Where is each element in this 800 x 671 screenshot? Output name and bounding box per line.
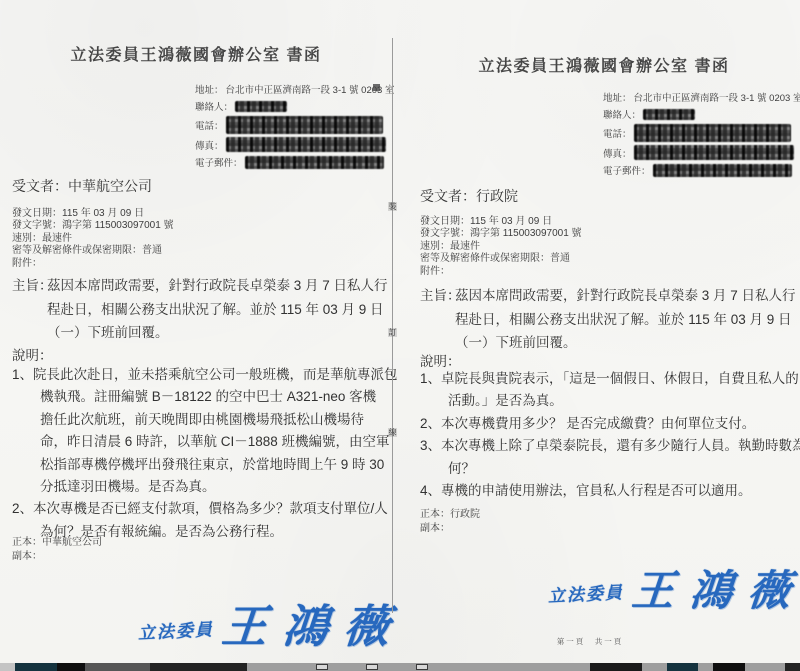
item-line: 分抵達羽田機場。是否為真。 [40,476,390,498]
explanation-items: 1、院長此次赴日，並未搭乘航空公司一般班機，而是華航專派包 機執飛。註冊編號 B… [12,364,390,543]
item-line: 活動。」是否為真。 [448,390,798,412]
address-block: 地址： 台北市中正區濟南路一段 3-1 號 0203 室 聯絡人： 電話： 傳真… [603,90,800,180]
strip-fragment [316,664,328,670]
item-line: 何？ [448,458,798,480]
copy-line: 正本：中華航空公司 [12,536,102,550]
doc-title: 立法委員王鴻薇國會辦公室 書函 [408,53,800,76]
address-row: 地址： 台北市中正區濟南路一段 3-1 號 0203 室 [195,82,394,96]
recipient-value: 中華航空公司 [68,178,152,194]
subject-line: 茲因本席問政需要，針對行政院長卓榮泰 3 月 7 日私人行 [455,284,796,308]
binding-mark: 裝 [388,202,397,211]
document-right: 立法委員王鴻薇國會辦公室 書函 地址： 台北市中正區濟南路一段 3-1 號 02… [408,0,800,663]
copy-line: 正本：行政院 [420,508,480,522]
item-line: 1、卓院長與貴院表示，「這是一個假日、休假日，自費且私人的 [420,368,798,390]
strip-fragment [713,663,745,671]
document-left: 立法委員王鴻薇國會辦公室 書函 地址： 台北市中正區濟南路一段 3-1 號 02… [0,0,392,663]
item-line: 3、本次專機上除了卓榮泰院長，還有多少隨行人員。執勤時數為 [420,435,798,457]
strip-fragment [416,664,428,670]
strip-fragment [785,663,800,671]
subject-label: 主旨： [12,274,53,298]
signature-name: 王鴻薇 [220,604,407,649]
recipient-label: 受文者： [420,188,476,204]
subject-line: 程赴日，相關公務支出狀況了解。並於 115 年 03 月 9 日 [47,298,388,322]
meta-line: 發文日期：115 年 03 月 09 日 [12,208,174,220]
meta-line: 密等及解密條件或保密期限：普通 [12,245,174,257]
signature-name: 王鴻薇 [630,570,800,612]
signature-title: 立法委員 [137,615,215,651]
item-line: 松指部專機停機坪出發飛往東京，於當地時間上午 9 時 30 [40,454,390,476]
email-label: 電子郵件： [195,155,243,169]
signature-title: 立法委員 [547,578,625,614]
redacted-value-mosaic [634,124,791,142]
strip-fragment [150,663,247,671]
fax-label: 傳真： [603,146,632,160]
item-line: 命，昨日清晨 6 時許，以華航 CI－1888 班機編號，由空軍 [40,431,390,453]
address-row: 地址： 台北市中正區濟南路一段 3-1 號 0203 室 [603,90,800,104]
binding-mark: 訂 [388,328,397,337]
page-number-footer: 第一頁 共一頁 [510,636,670,647]
phone-row: 電話： [195,116,394,134]
signature-stamp: 立法委員 王鴻薇 [548,570,800,612]
copies-block: 正本：中華航空公司 副本： [12,536,102,563]
email-label: 電子郵件： [603,163,651,177]
meta-line: 發文字號：鴻字第 115003097001 號 [12,220,174,232]
meta-line: 發文日期：115 年 03 月 09 日 [420,216,582,228]
subject-label: 主旨： [420,284,461,308]
redacted-value-mosaic [226,137,386,152]
phone-label: 電話： [195,118,224,132]
copies-block: 正本：行政院 副本： [420,508,480,535]
meta-line: 速別：最速件 [12,233,174,245]
signature-stamp: 立法委員 王鴻薇 [138,604,405,649]
subject-line: （一）下班前回覆。 [455,331,796,355]
copy-line: 副本： [420,522,480,536]
explanation-label: 說明： [420,350,461,370]
explanation-items: 1、卓院長與貴院表示，「這是一個假日、休假日，自費且私人的 活動。」是否為真。 … [420,368,798,502]
recipient-label: 受文者： [12,178,68,194]
address-label: 地址： [195,82,224,96]
meta-line: 附件： [420,266,582,278]
redacted-value-mosaic [235,101,287,112]
subject-block: 主旨： 茲因本席問政需要，針對行政院長卓榮泰 3 月 7 日私人行 程赴日，相關… [420,284,796,355]
strip-fragment [57,663,85,671]
address-block: 地址： 台北市中正區濟南路一段 3-1 號 0203 室 聯絡人： 電話： 傳真… [195,82,394,172]
meta-line: 速別：最速件 [420,241,582,253]
strip-fragment [85,663,150,671]
item-line: 2、本次專機是否已經支付款項，價格為多少？款項支付單位/人 [12,498,390,520]
phone-row: 電話： [603,124,800,142]
redacted-value-mosaic [653,164,792,177]
meta-line: 密等及解密條件或保密期限：普通 [420,253,582,265]
strip-fragment [0,663,15,671]
recipient-line: 受文者：中華航空公司 [12,176,152,196]
subject-lines: 茲因本席問政需要，針對行政院長卓榮泰 3 月 7 日私人行 程赴日，相關公務支出… [455,284,796,355]
meta-block: 發文日期：115 年 03 月 09 日 發文字號：鴻字第 1150030970… [420,216,582,278]
scan-artifact [373,84,380,91]
explanation-label: 說明： [12,344,53,364]
contact-row: 聯絡人： [195,99,394,113]
subject-lines: 茲因本席問政需要，針對行政院長卓榮泰 3 月 7 日私人行 程赴日，相關公務支出… [47,274,388,345]
redacted-value-mosaic [245,156,384,169]
item-line: 機執飛。註冊編號 B－18122 的空中巴士 A321-neo 客機 [40,386,390,408]
strip-fragment [15,663,57,671]
item-line: 1、院長此次赴日，並未搭乘航空公司一般班機，而是華航專派包 [12,364,390,386]
page-divider: 裝 訂 線 [392,38,393,613]
redacted-value-mosaic [226,116,383,134]
address-label: 地址： [603,90,632,104]
binding-mark: 線 [388,428,397,437]
redacted-value-mosaic [634,145,794,160]
doc-title: 立法委員王鴻薇國會辦公室 書函 [0,42,392,65]
fax-row: 傳真： [603,145,800,160]
meta-line: 發文字號：鴻字第 115003097001 號 [420,228,582,240]
item-line: 2、本次專機費用多少？ 是否完成繳費？由何單位支付。 [420,413,798,435]
subject-line: 茲因本席問政需要，針對行政院長卓榮泰 3 月 7 日私人行 [47,274,388,298]
item-line: 4、專機的申請使用辦法，官員私人行程是否可以適用。 [420,480,798,502]
bottom-strip [0,663,800,671]
email-row: 電子郵件： [603,163,800,177]
copy-line: 副本： [12,550,102,564]
strip-fragment [366,664,378,670]
recipient-value: 行政院 [476,188,518,204]
subject-block: 主旨： 茲因本席問政需要，針對行政院長卓榮泰 3 月 7 日私人行 程赴日，相關… [12,274,388,345]
contact-label: 聯絡人： [603,107,641,121]
email-row: 電子郵件： [195,155,394,169]
fax-row: 傳真： [195,137,394,152]
fax-label: 傳真： [195,138,224,152]
recipient-line: 受文者：行政院 [420,186,518,206]
phone-label: 電話： [603,126,632,140]
subject-line: 程赴日，相關公務支出狀況了解。並於 115 年 03 月 9 日 [455,308,796,332]
subject-line: （一）下班前回覆。 [47,321,388,345]
strip-fragment [667,663,698,671]
contact-label: 聯絡人： [195,99,233,113]
item-line: 擔任此次航班，前天晚間即由桃園機場飛抵松山機場待 [40,409,390,431]
meta-line: 附件： [12,258,174,270]
scanned-documents-page: { "page": { "binding_marks": ["裝", "訂", … [0,0,800,671]
address-value: 台北市中正區濟南路一段 3-1 號 0203 室 [226,82,395,96]
strip-fragment [590,663,642,671]
address-value: 台北市中正區濟南路一段 3-1 號 0203 室 [634,90,800,104]
redacted-value-mosaic [643,109,695,120]
contact-row: 聯絡人： [603,107,800,121]
meta-block: 發文日期：115 年 03 月 09 日 發文字號：鴻字第 1150030970… [12,208,174,270]
